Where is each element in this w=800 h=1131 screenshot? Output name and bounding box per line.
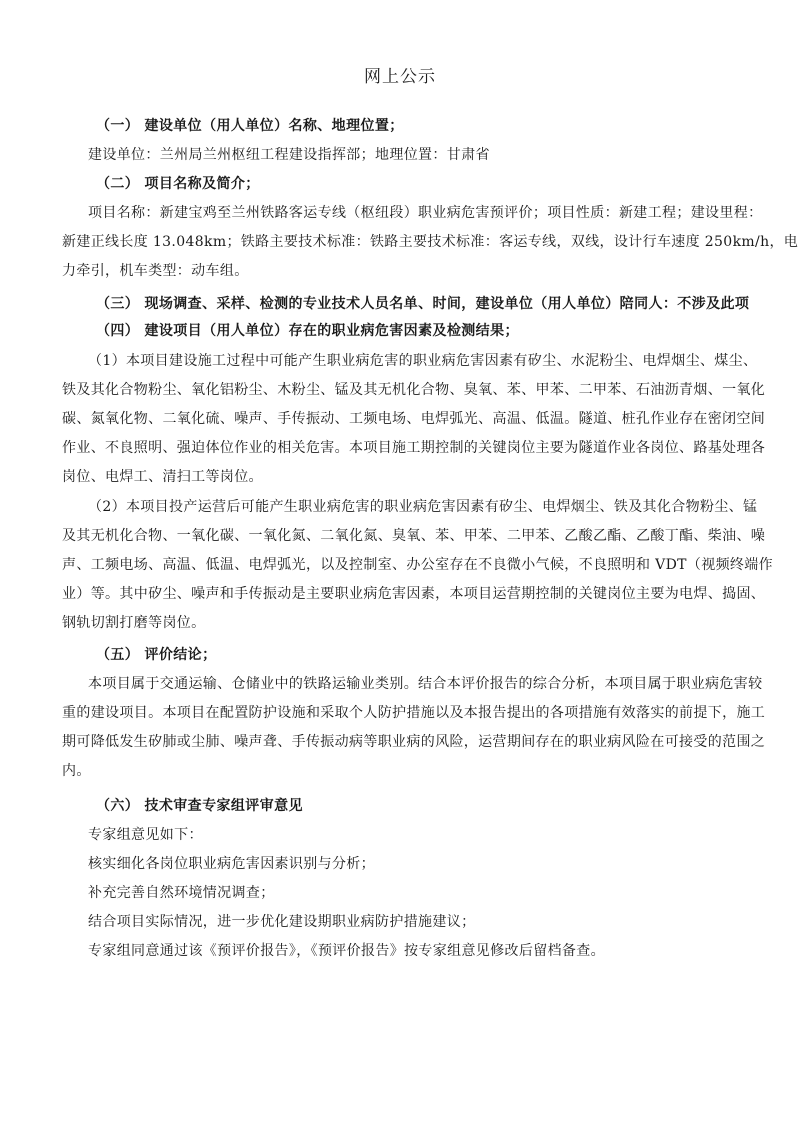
section-4-line-4: 作业、不良照明、强迫体位作业的相关危害。本项目施工期控制的关键岗位主要为隧道作业… xyxy=(62,439,740,457)
page-title: 网上公示 xyxy=(0,62,800,87)
section-4-line-10: 钢轨切割打磨等岗位。 xyxy=(62,614,722,632)
section-6-line-4: 结合项目实际情况，进一步优化建设期职业病防护措施建议； xyxy=(88,913,748,931)
section-4-line-1: （1）本项目建设施工过程中可能产生职业病危害的职业病危害因素有矽尘、水泥粉尘、电… xyxy=(88,352,740,370)
section-5-line-3: 期可降低发生矽肺或尘肺、噪声聋、手传振动病等职业病的风险，运营期间存在的职业病风… xyxy=(62,733,740,751)
section-2-heading: （二） 项目名称及简介； xyxy=(96,175,756,193)
section-4-line-9: 业）等。其中矽尘、噪声和手传振动是主要职业病危害因素，本项目运营期控制的关键岗位… xyxy=(62,585,740,603)
section-6-heading: （六） 技术审查专家组评审意见 xyxy=(96,797,756,815)
section-4-line-7: 及其无机化合物、一氧化碳、一氧化氮、二氧化氮、臭氧、苯、甲苯、二甲苯、乙酸乙酯、… xyxy=(62,527,740,545)
section-4-line-2: 铁及其化合物粉尘、氧化铝粉尘、木粉尘、锰及其无机化合物、臭氧、苯、甲苯、二甲苯、… xyxy=(62,381,740,399)
section-4-line-3: 碳、氮氧化物、二氧化硫、噪声、手传振动、工频电场、电焊弧光、高温、低温。隧道、桩… xyxy=(62,410,740,428)
section-4-line-5: 岗位、电焊工、清扫工等岗位。 xyxy=(62,468,722,486)
section-4-heading: （四） 建设项目（用人单位）存在的职业病危害因素及检测结果； xyxy=(96,322,756,340)
section-6-line-2: 核实细化各岗位职业病危害因素识别与分析； xyxy=(88,855,748,873)
section-5-heading: （五） 评价结论； xyxy=(96,646,756,664)
section-5-line-4: 内。 xyxy=(62,762,722,780)
section-2-line-1: 项目名称：新建宝鸡至兰州铁路客运专线（枢纽段）职业病危害预评价；项目性质：新建工… xyxy=(88,204,740,222)
section-6-line-3: 补充完善自然环境情况调查； xyxy=(88,884,748,902)
section-1-heading: （一） 建设单位（用人单位）名称、地理位置； xyxy=(96,117,756,135)
section-1-line-1: 建设单位：兰州局兰州枢纽工程建设指挥部；地理位置：甘肃省 xyxy=(88,146,748,164)
section-5-line-2: 重的建设项目。本项目在配置防护设施和采取个人防护措施以及本报告提出的各项措施有效… xyxy=(62,704,740,722)
section-6-line-5: 专家组同意通过该《预评价报告》，《预评价报告》按专家组意见修改后留档备查。 xyxy=(88,942,748,960)
section-5-line-1: 本项目属于交通运输、仓储业中的铁路运输业类别。结合本评价报告的综合分析，本项目属… xyxy=(88,675,740,693)
section-2-line-2: 新建正线长度 13.048km；铁路主要技术标准：铁路主要技术标准：客运专线，双… xyxy=(62,233,740,251)
section-4-line-6: （2）本项目投产运营后可能产生职业病危害的职业病危害因素有矽尘、电焊烟尘、铁及其… xyxy=(88,498,740,516)
section-4-line-8: 声、工频电场、高温、低温、电焊弧光，以及控制室、办公室存在不良微小气候，不良照明… xyxy=(62,556,740,574)
document-page: 网上公示 （一） 建设单位（用人单位）名称、地理位置； 建设单位：兰州局兰州枢纽… xyxy=(0,0,800,1131)
section-2-line-3: 力牵引，机车类型：动车组。 xyxy=(62,262,722,280)
section-6-line-1: 专家组意见如下： xyxy=(88,826,748,844)
section-3-heading: （三） 现场调查、采样、检测的专业技术人员名单、时间，建设单位（用人单位）陪同人… xyxy=(96,295,756,313)
